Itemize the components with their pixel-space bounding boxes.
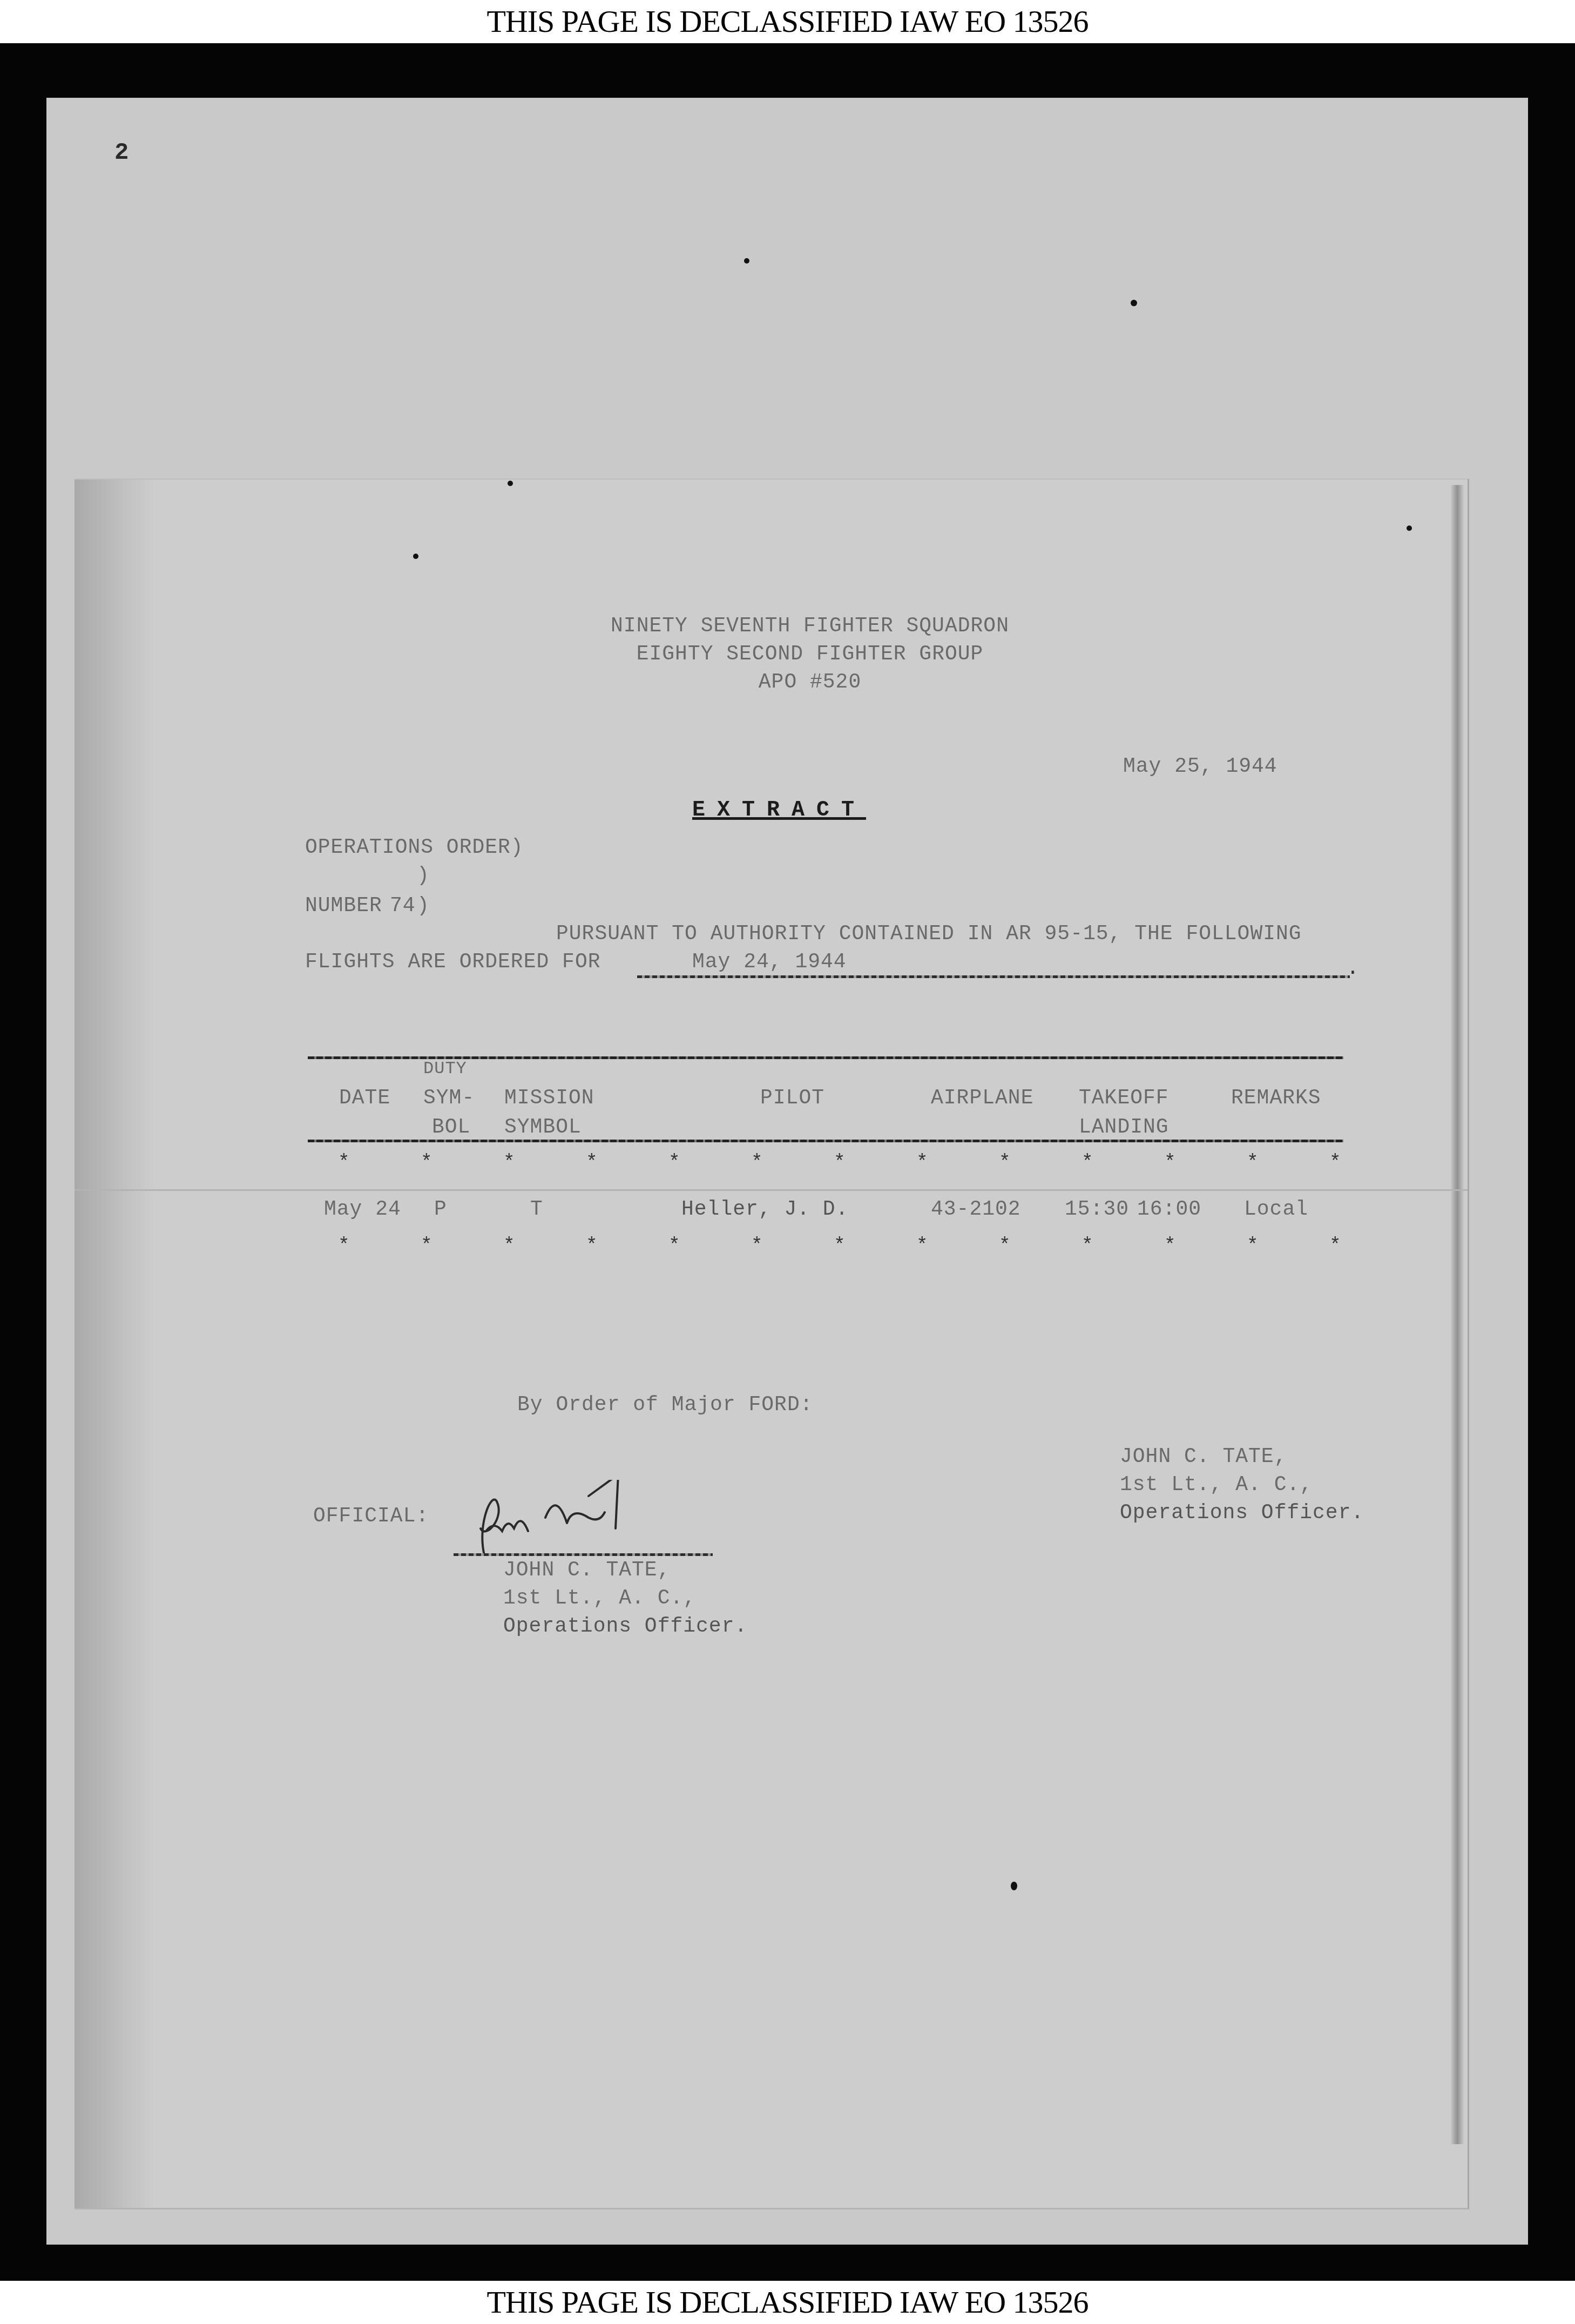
header-mission-symbol: MISSION: [504, 1087, 594, 1110]
cell-airplane: 43-2102: [931, 1198, 1021, 1221]
asterisk: *: [338, 1151, 421, 1174]
asterisk: *: [834, 1235, 916, 1257]
cell-takeoff: 15:30: [1065, 1198, 1129, 1221]
asterisk: *: [586, 1151, 668, 1174]
signature-line: [454, 1553, 713, 1556]
order-bracket: ): [417, 864, 430, 887]
cell-duty-symbol: P: [434, 1198, 447, 1221]
asterisk: *: [421, 1235, 503, 1257]
asterisk: *: [1329, 1235, 1412, 1257]
speck: [1011, 1882, 1017, 1890]
speck: [508, 481, 513, 486]
asterisk: *: [999, 1151, 1081, 1174]
signatory-rank: 1st Lt., A. C.,: [1120, 1473, 1313, 1497]
asterisk: *: [1247, 1151, 1329, 1174]
speck: [744, 258, 749, 264]
cell-date: May 24: [324, 1198, 401, 1221]
asterisk: *: [1329, 1151, 1412, 1174]
asterisk: *: [916, 1235, 999, 1257]
page-corner-mark: 2: [114, 139, 129, 166]
header-airplane: AIRPLANE: [931, 1087, 1033, 1110]
header-pilot: PILOT: [760, 1087, 824, 1110]
asterisk: *: [338, 1235, 421, 1257]
header-mission-bottom: SYMBOL: [504, 1116, 582, 1139]
authority-period: .: [1347, 957, 1360, 980]
asterisk: *: [1081, 1151, 1164, 1174]
table-header-rule: [308, 1140, 1343, 1142]
order-number-label: NUMBER: [305, 894, 382, 918]
header-date: DATE: [339, 1087, 390, 1110]
cell-mission-symbol: T: [530, 1198, 543, 1221]
header-duty-symbol: SYM-: [423, 1087, 475, 1110]
speck: [1407, 526, 1412, 531]
by-order-line: By Order of Major FORD:: [517, 1393, 813, 1417]
authority-line-1: PURSUANT TO AUTHORITY CONTAINED IN AR 95…: [556, 922, 1302, 946]
signatory-name: JOHN C. TATE,: [1120, 1445, 1287, 1469]
speck: [1131, 300, 1137, 306]
sheet-fold-line: [75, 1189, 1468, 1191]
asterisk: *: [1081, 1235, 1164, 1257]
header-remarks: REMARKS: [1231, 1087, 1321, 1110]
declassification-banner-bottom: THIS PAGE IS DECLASSIFIED IAW EO 13526: [0, 2281, 1575, 2324]
letterhead-apo: APO #520: [540, 671, 1080, 694]
asterisk: *: [751, 1151, 834, 1174]
asterisk: *: [999, 1235, 1081, 1257]
operations-order-label: OPERATIONS ORDER): [305, 836, 524, 859]
asterisk: *: [1247, 1235, 1329, 1257]
header-landing: LANDING: [1079, 1116, 1169, 1139]
handwritten-signature-icon: [454, 1480, 713, 1555]
document-content: 2 NINETY SEVENTH FIGHTER SQUADRON EIGHTY…: [0, 0, 1575, 2324]
omission-marks-top: * * * * * * * * * * * * *: [338, 1151, 1412, 1174]
header-duty-bottom: BOL: [432, 1116, 470, 1139]
cell-pilot: Heller, J. D.: [681, 1198, 848, 1221]
header-duty-top: DUTY: [423, 1059, 467, 1079]
asterisk: *: [503, 1235, 586, 1257]
header-takeoff: TAKEOFF: [1079, 1087, 1169, 1110]
asterisk: *: [916, 1151, 999, 1174]
signatory-title: Operations Officer.: [1120, 1501, 1364, 1525]
document-date: May 25, 1944: [1123, 755, 1277, 778]
letterhead-group: EIGHTY SECOND FIGHTER GROUP: [540, 643, 1080, 666]
official-rank: 1st Lt., A. C.,: [503, 1587, 696, 1610]
flight-date: May 24, 1944: [692, 951, 847, 974]
asterisk: *: [1164, 1151, 1247, 1174]
authority-line-2: FLIGHTS ARE ORDERED FOR: [305, 951, 601, 974]
official-name: JOHN C. TATE,: [503, 1559, 670, 1582]
official-title: Operations Officer.: [503, 1615, 747, 1638]
order-number: 74: [390, 894, 416, 918]
asterisk: *: [834, 1151, 916, 1174]
cell-landing: 16:00: [1137, 1198, 1201, 1221]
flight-date-underline: [637, 975, 1350, 978]
asterisk: *: [421, 1151, 503, 1174]
asterisk: *: [751, 1235, 834, 1257]
speck: [413, 554, 418, 559]
asterisk: *: [1164, 1235, 1247, 1257]
asterisk: *: [668, 1151, 751, 1174]
asterisk: *: [503, 1151, 586, 1174]
asterisk: *: [668, 1235, 751, 1257]
official-label: OFFICIAL:: [313, 1505, 429, 1528]
order-bracket-bottom: ): [417, 894, 430, 918]
omission-marks-bottom: * * * * * * * * * * * * *: [338, 1235, 1412, 1257]
document-title: EXTRACT: [692, 798, 866, 823]
cell-remarks: Local: [1244, 1198, 1308, 1221]
letterhead-squadron: NINETY SEVENTH FIGHTER SQUADRON: [540, 615, 1080, 638]
asterisk: *: [586, 1235, 668, 1257]
